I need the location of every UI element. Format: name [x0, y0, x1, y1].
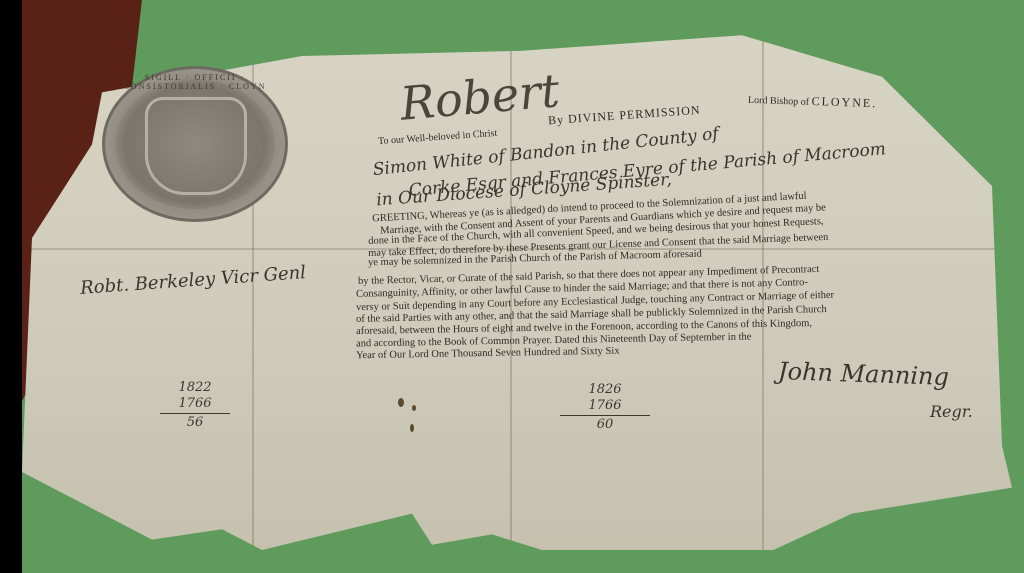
- calc-value: 1766: [160, 396, 230, 412]
- registrar-signature: John Manning: [778, 357, 950, 391]
- diocese-name: CLOYNE.: [811, 94, 877, 110]
- seal-legend: SIGILL · OFFICII · CONSISTORIALIS · CLOY…: [105, 73, 285, 91]
- ink-blot: [398, 398, 404, 407]
- ink-blot: [410, 424, 414, 432]
- calc-value: 1822: [160, 380, 230, 396]
- registrar-title: Regr.: [930, 402, 973, 421]
- calc-divider: [160, 413, 230, 414]
- bishop-title-text: Lord Bishop of: [748, 95, 809, 108]
- official-wax-seal: SIGILL · OFFICII · CONSISTORIALIS · CLOY…: [102, 66, 288, 222]
- calc-result: 56: [160, 415, 230, 431]
- ink-blot: [412, 405, 416, 411]
- right-calculation: 1826 1766 60: [560, 382, 650, 433]
- calc-value: 1826: [560, 382, 650, 398]
- seal-crest-icon: [145, 97, 247, 195]
- fold-line: [762, 30, 764, 550]
- left-calculation: 1822 1766 56: [160, 380, 230, 431]
- calc-result: 60: [560, 417, 650, 433]
- calc-divider: [560, 415, 650, 416]
- calc-value: 1766: [560, 398, 650, 414]
